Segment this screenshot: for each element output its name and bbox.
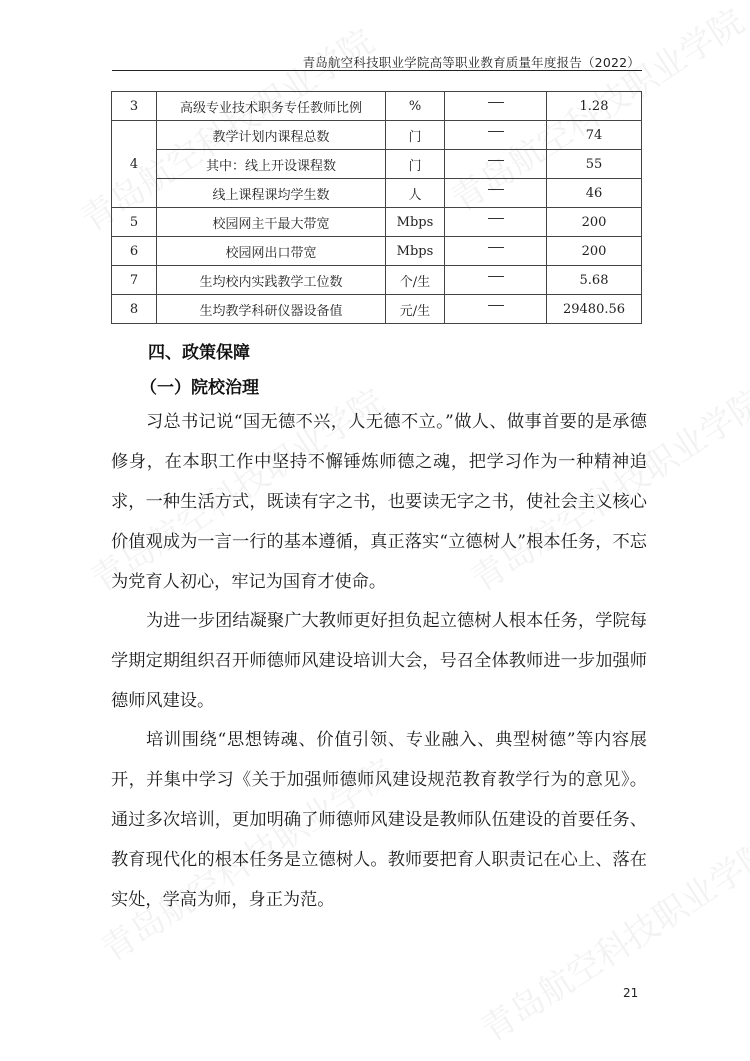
row-number: 7 xyxy=(112,266,157,295)
indicator-name: 高级专业技术职务专任教师比例 xyxy=(157,92,386,121)
unit: 门 xyxy=(386,150,445,179)
dash-mark xyxy=(488,160,504,161)
baseline xyxy=(445,179,547,208)
row-number: 8 xyxy=(112,295,157,324)
unit: Mbps xyxy=(386,208,445,237)
value: 1.28 xyxy=(547,92,642,121)
paragraph: 习总书记说“国无德不兴，人无德不立。”做人、做事首要的是承德修身，在本职工作中坚… xyxy=(111,402,647,602)
indicator-name: 生均教学科研仪器设备值 xyxy=(157,295,386,324)
table-row: 5 校园网主干最大带宽 Mbps 200 xyxy=(112,208,642,237)
section-heading: 四、政策保障 xyxy=(148,338,250,363)
value: 46 xyxy=(547,179,642,208)
dash-mark xyxy=(488,247,504,248)
paragraph: 为进一步团结凝聚广大教师更好担负起立德树人根本任务，学院每学期定期组织召开师德师… xyxy=(111,601,647,721)
unit: Mbps xyxy=(386,237,445,266)
indicator-name: 校园网出口带宽 xyxy=(157,237,386,266)
unit: % xyxy=(386,92,445,121)
unit: 门 xyxy=(386,121,445,150)
table-row: 4 教学计划内课程总数 门 74 xyxy=(112,121,642,150)
dash-mark xyxy=(488,189,504,190)
indicator-name: 其中：线上开设课程数 xyxy=(157,150,386,179)
dash-mark xyxy=(488,131,504,132)
dash-mark xyxy=(488,305,504,306)
header-title: 青岛航空科技职业学院高等职业教育质量年度报告（2022） xyxy=(303,53,640,71)
page-number: 21 xyxy=(623,986,638,1000)
indicator-name: 线上课程课均学生数 xyxy=(157,179,386,208)
paragraph: 培训围绕“思想铸魂、价值引领、专业融入、典型树德”等内容展开，并集中学习《关于加… xyxy=(111,720,647,920)
indicator-name: 生均校内实践教学工位数 xyxy=(157,266,386,295)
value: 29480.56 xyxy=(547,295,642,324)
value: 200 xyxy=(547,237,642,266)
baseline xyxy=(445,150,547,179)
table-row: 其中：线上开设课程数 门 55 xyxy=(112,150,642,179)
baseline xyxy=(445,208,547,237)
indicator-table: 3 高级专业技术职务专任教师比例 % 1.28 4 教学计划内课程总数 门 74… xyxy=(111,91,642,324)
subsection-heading: （一）院校治理 xyxy=(140,373,259,398)
value: 74 xyxy=(547,121,642,150)
table-row: 6 校园网出口带宽 Mbps 200 xyxy=(112,237,642,266)
baseline xyxy=(445,121,547,150)
dash-mark xyxy=(488,218,504,219)
value: 5.68 xyxy=(547,266,642,295)
row-number: 3 xyxy=(112,92,157,121)
header-divider xyxy=(112,70,642,71)
table-row: 3 高级专业技术职务专任教师比例 % 1.28 xyxy=(112,92,642,121)
baseline xyxy=(445,92,547,121)
row-number: 6 xyxy=(112,237,157,266)
unit: 元/生 xyxy=(386,295,445,324)
table-row: 线上课程课均学生数 人 46 xyxy=(112,179,642,208)
unit: 个/生 xyxy=(386,266,445,295)
row-number: 5 xyxy=(112,208,157,237)
table-row: 7 生均校内实践教学工位数 个/生 5.68 xyxy=(112,266,642,295)
dash-mark xyxy=(488,102,504,103)
row-number: 4 xyxy=(112,121,157,208)
indicator-name: 教学计划内课程总数 xyxy=(157,121,386,150)
unit: 人 xyxy=(386,179,445,208)
value: 55 xyxy=(547,150,642,179)
dash-mark xyxy=(488,276,504,277)
baseline xyxy=(445,237,547,266)
table-row: 8 生均教学科研仪器设备值 元/生 29480.56 xyxy=(112,295,642,324)
baseline xyxy=(445,266,547,295)
indicator-name: 校园网主干最大带宽 xyxy=(157,208,386,237)
value: 200 xyxy=(547,208,642,237)
baseline xyxy=(445,295,547,324)
